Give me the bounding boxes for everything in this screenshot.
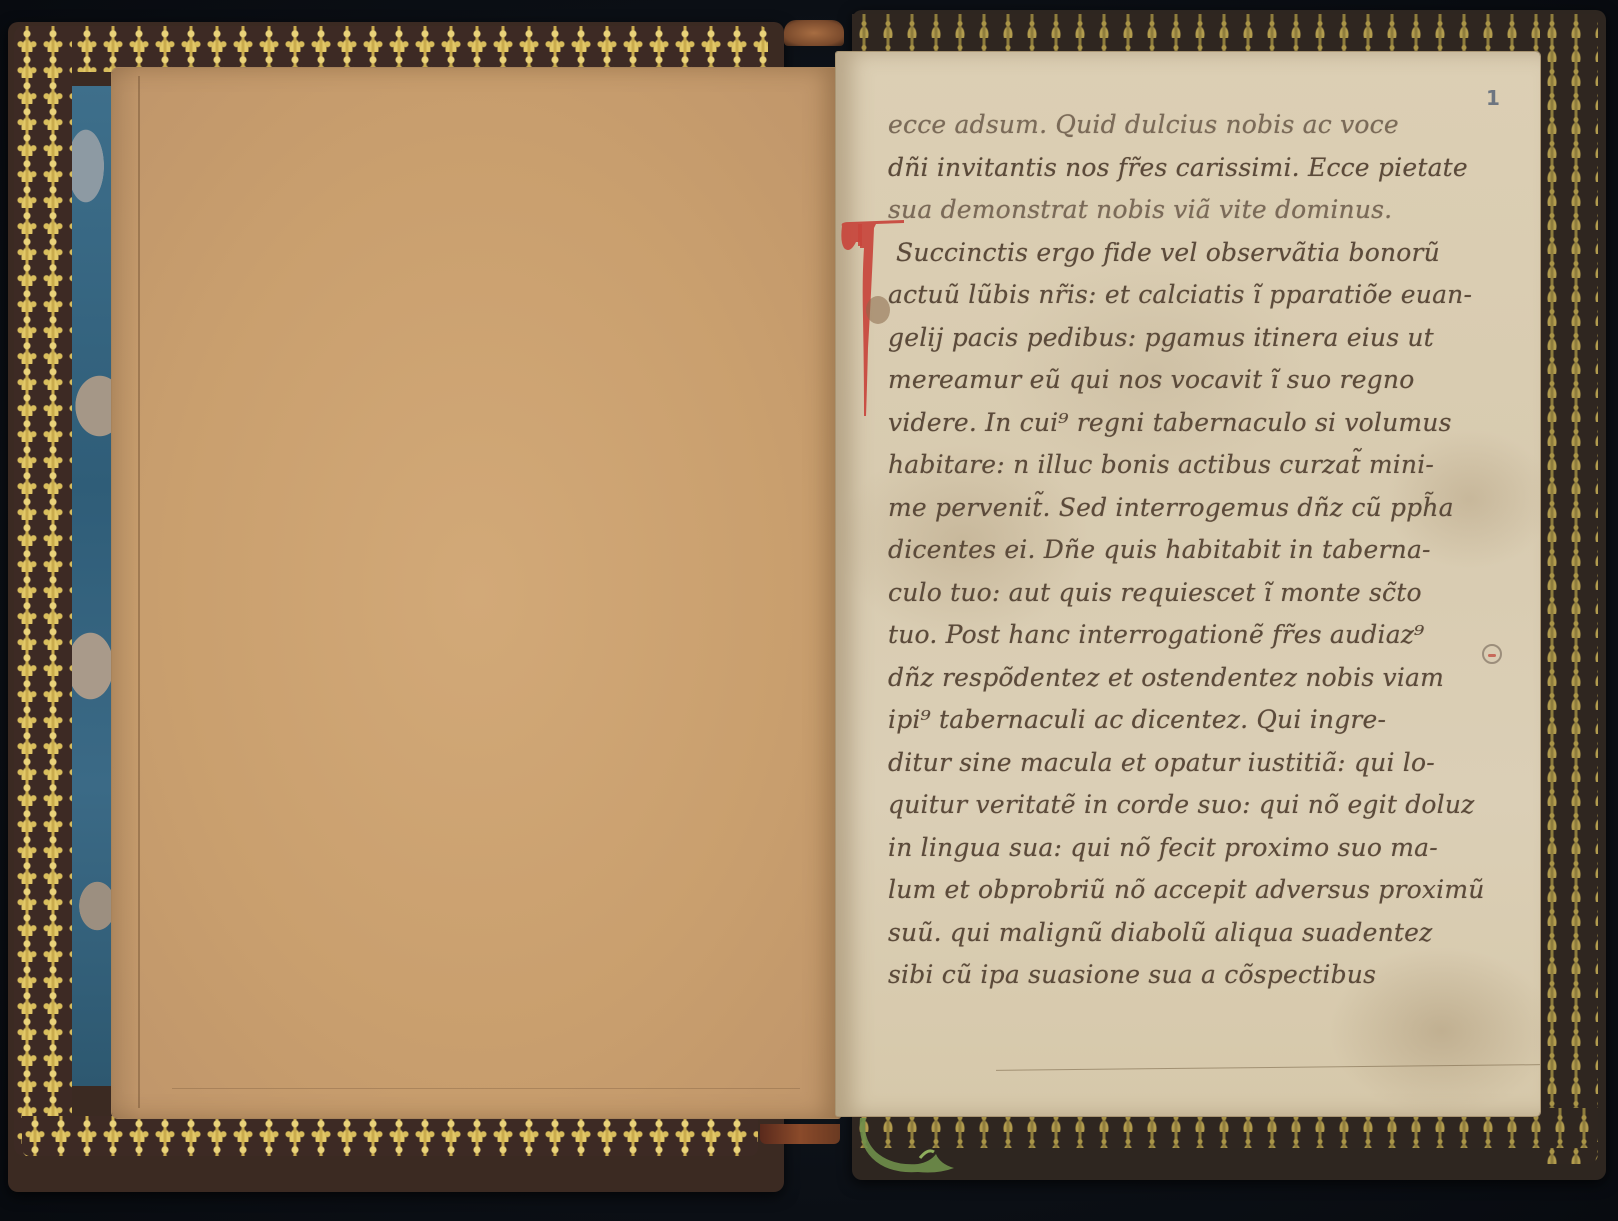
gilt-border-right-side — [1540, 14, 1598, 1164]
text-line-8: videre. In cui⁹ regni tabernaculo si vol… — [888, 402, 1488, 445]
gilt-border-left-bottom — [22, 1116, 758, 1156]
flyleaf-gutter-shadow — [112, 68, 140, 1118]
manuscript-photograph: 1 ecce adsum. Quid dulcius nobis ac voce… — [0, 0, 1618, 1221]
text-line-14: dñz respõdentez et ostendentez nobis via… — [888, 657, 1488, 700]
text-line-1: ecce adsum. Quid dulcius nobis ac voce — [888, 104, 1488, 147]
text-line-5: actuũ lũbis nr̃is: et calciatis ĩ pparat… — [888, 274, 1488, 317]
text-line-2: dñi invitantis nos fr̃es carissimi. Ecce… — [888, 147, 1488, 190]
text-line-12: culo tuo: aut quis requiescet ĩ monte sc… — [888, 572, 1488, 615]
flyleaf-crease — [172, 1088, 800, 1089]
page-crack — [996, 1064, 1540, 1071]
library-stamp-icon — [1482, 644, 1502, 664]
text-line-18: in lingua sua: qui nõ fecit proximo suo … — [888, 827, 1488, 870]
ribbon-bookmark-icon — [858, 1118, 958, 1178]
text-line-9: habitare: n illuc bonis actibus curzat̃ … — [888, 444, 1488, 487]
text-line-10: me pervenit̃. Sed interrogemus dñz cũ pp… — [888, 487, 1488, 530]
spine-fragment-top — [784, 20, 844, 46]
text-line-3: sua demonstrat nobis viã vite dominus. — [888, 189, 1488, 232]
text-line-17: quitur veritatẽ in corde suo: qui nõ egi… — [888, 784, 1488, 827]
gilt-border-right-top — [852, 14, 1600, 52]
text-line-6: gelij pacis pedibus: pgamus itinera eius… — [888, 317, 1488, 360]
gilt-border-left-side — [14, 26, 72, 1156]
flyleaf-fold-line — [138, 76, 140, 1108]
spine-fragment-bottom — [760, 1124, 840, 1144]
text-line-4: Succinctis ergo fide vel observãtia bono… — [888, 232, 1488, 275]
folio-number: 1 — [1486, 86, 1500, 110]
text-line-7: mereamur eũ qui nos vocavit ĩ suo regno — [888, 359, 1488, 402]
text-line-11: dicentes ei. Dñe quis habitabit in taber… — [888, 529, 1488, 572]
text-line-16: ditur sine macula et opatur iustitiã: qu… — [888, 742, 1488, 785]
text-line-15: ipi⁹ tabernaculi ac dicentez. Qui ingre- — [888, 699, 1488, 742]
right-manuscript-page: 1 ecce adsum. Quid dulcius nobis ac voce… — [836, 52, 1540, 1116]
left-flyleaf-page — [112, 68, 840, 1118]
text-line-20: suũ. qui malignũ diabolũ aliqua suadente… — [888, 912, 1488, 955]
text-line-19: lum et obprobriũ nõ accepit adversus pro… — [888, 869, 1488, 912]
manuscript-text-block: ecce adsum. Quid dulcius nobis ac voce d… — [888, 104, 1488, 997]
text-line-13: tuo. Post hanc interrogationẽ fr̃es audi… — [888, 614, 1488, 657]
text-line-21: sibi cũ ipa suasione sua a cõspectibus — [888, 954, 1488, 997]
gilt-border-left-top — [22, 26, 768, 72]
